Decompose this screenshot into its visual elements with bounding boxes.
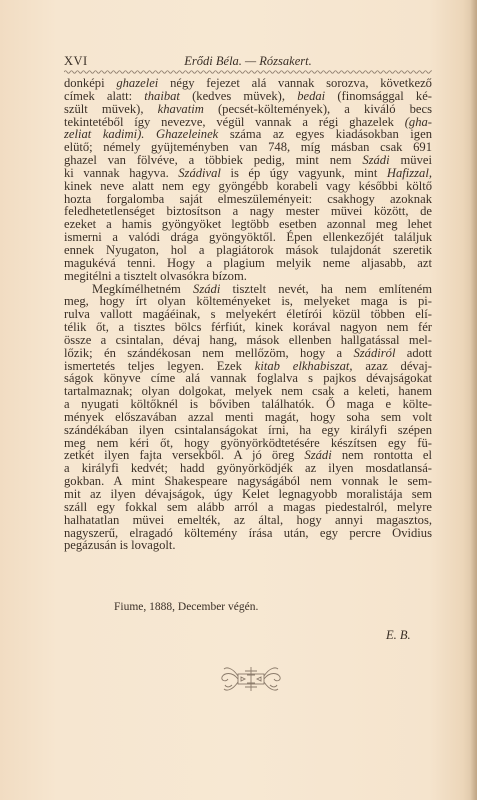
book-page: XVI Erődi Béla. — Rózsakert. donképi gha… [0,0,477,800]
body-text: donképi ghazelei négy fejezet alá vannak… [64,77,432,552]
running-header: XVI Erődi Béla. — Rózsakert. [64,54,432,70]
dateline: Fiume, 1888, December végén. [114,601,258,613]
ornament-icon [218,663,284,695]
page-edge-shadow [470,0,477,800]
text-run: pegázusán is lovagolt. [64,538,176,552]
text-line: pegázusán is lovagolt. [64,539,432,552]
wavy-rule-icon [64,69,432,75]
running-title: Erődi Béla. — Rózsakert. [64,54,432,69]
signature: E. B. [386,628,411,643]
